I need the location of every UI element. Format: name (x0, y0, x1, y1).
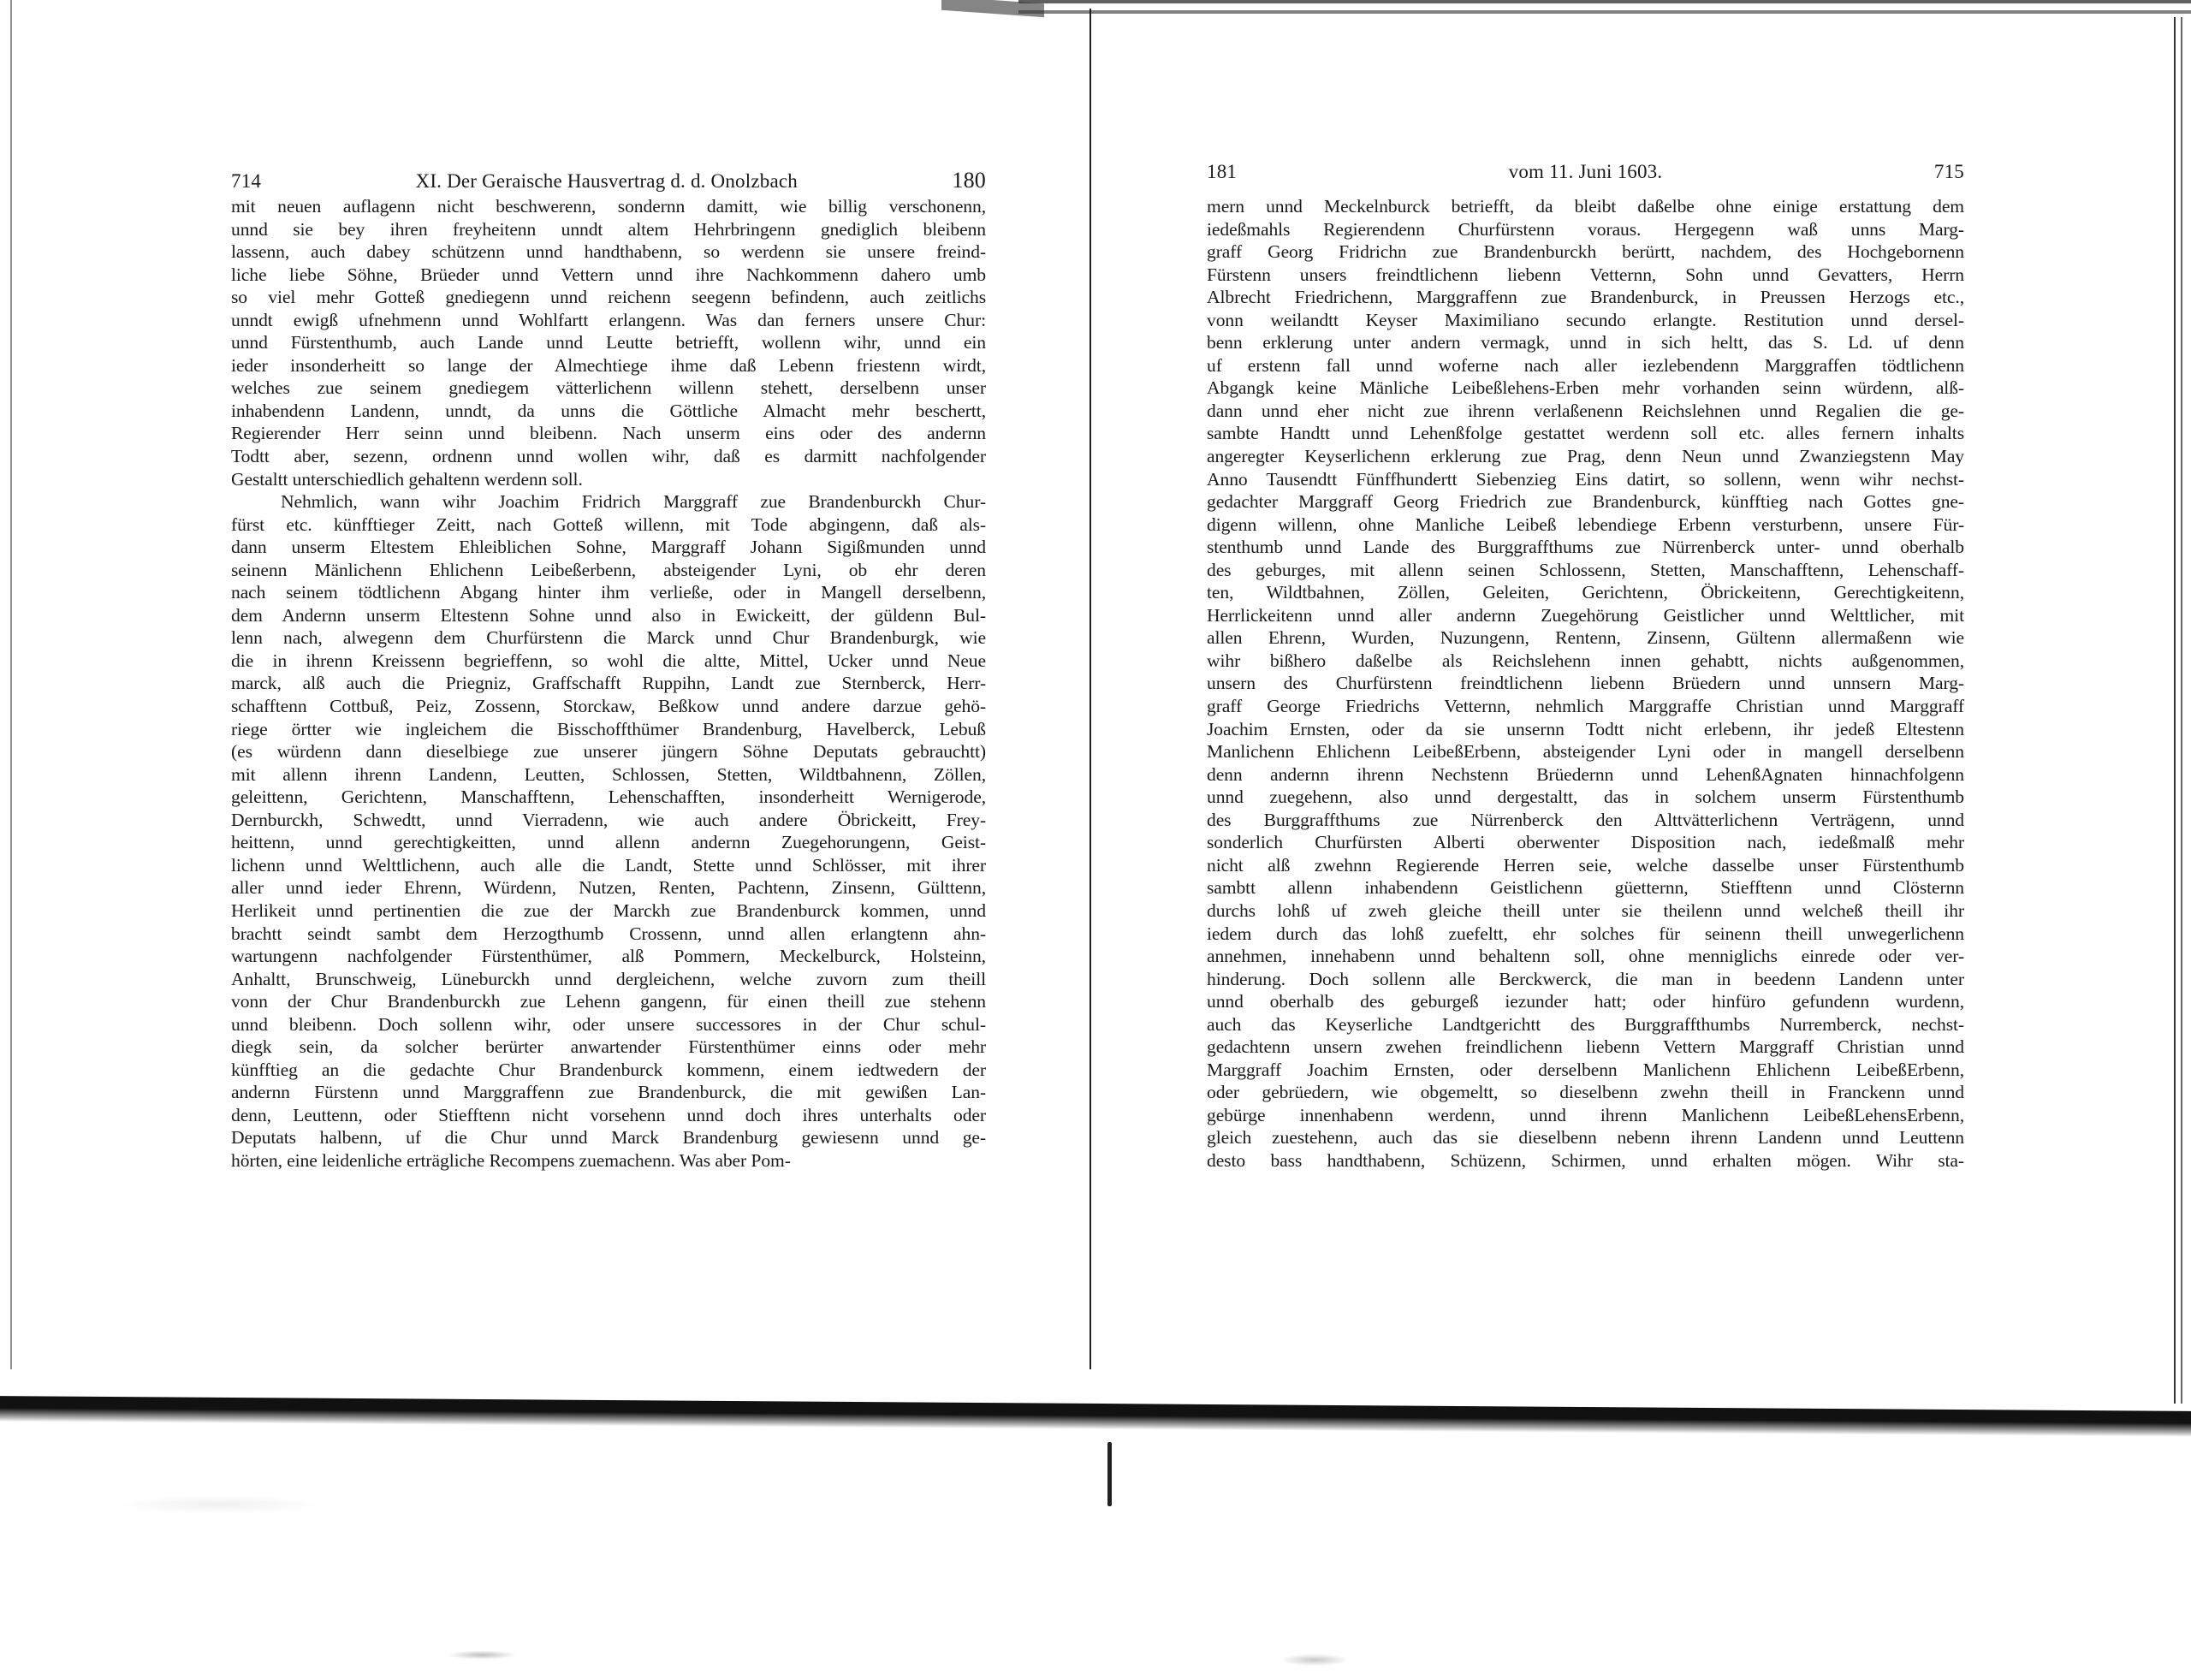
text-line: Manlichenn Ehlichenn LeibeßErbenn, abste… (1207, 740, 1964, 763)
text-line: Anno Tausendtt Fünffhundertt Siebenzieg … (1207, 468, 1964, 491)
text-line: seinenn Mänlichenn Ehlichenn Leibeßerben… (231, 559, 986, 582)
text-line: Dernburckh, Schwedtt, unnd Vierradenn, w… (231, 809, 986, 832)
text-line: diegk sein, da solcher berürter anwarten… (231, 1036, 986, 1059)
text-line: sambte Handtt unnd Lehenßfolge gestattet… (1207, 422, 1964, 445)
text-line: vonn der Chur Brandenburckh zue Lehenn g… (231, 990, 986, 1013)
page-edge-right (2174, 17, 2182, 1404)
right-body-text: mern unnd Meckelnburck betriefft, da ble… (1207, 195, 1964, 1172)
text-line: mit neuen auflagenn nicht beschwerenn, s… (231, 195, 986, 218)
text-line: annehmen, innehabenn unnd behaltenn soll… (1207, 945, 1964, 968)
text-line: mit allenn ihrenn Landenn, Leutten, Schl… (231, 763, 986, 787)
text-line: iedeßmahls Regierendenn Churfürstenn vor… (1207, 218, 1964, 241)
text-line: dem Andernn unserm Eltestenn Sohne unnd … (231, 604, 986, 627)
text-line: so viel mehr Gotteß gnediegenn unnd reic… (231, 286, 986, 309)
text-line: welches zue seinem gnediegem vätterliche… (231, 377, 986, 400)
text-line: ten, Wildtbahnen, Zöllen, Geleiten, Geri… (1207, 581, 1964, 604)
text-line: des geburges, mit allenn seinen Schlosse… (1207, 559, 1964, 582)
text-line: dann unserm Eltestem Ehleiblichen Sohne,… (231, 536, 986, 559)
scan-artifact-top-left (941, 0, 1044, 17)
scan-artifact-top (1018, 0, 2191, 19)
text-line: wartungenn nachfolgender Fürstenthümer, … (231, 945, 986, 968)
text-line: des Burggraffthums zue Nürrenberck den A… (1207, 809, 1964, 832)
page-number: 714 (231, 170, 261, 193)
text-line: Fürstenn unsers freindtlichenn liebenn V… (1207, 264, 1964, 287)
text-line: fürst etc. künfftieger Zeitt, nach Gotte… (231, 513, 986, 537)
text-line: Abgangk keine Mänliche Leibeßlehens-Erbe… (1207, 377, 1964, 400)
left-running-head: 714 XI. Der Geraische Hausvertrag d. d. … (231, 161, 986, 190)
text-line: Marggraff Joachim Ernsten, oder derselbe… (1207, 1059, 1964, 1082)
text-line: aller unnd ieder Ehrenn, Würdenn, Nutzen… (231, 876, 986, 899)
text-line: denn, Leuttenn, oder Stiefftenn nicht vo… (231, 1104, 986, 1127)
text-line: allen Ehrenn, Wurden, Nuzungenn, Rentenn… (1207, 626, 1964, 650)
text-line: Deputats halbenn, uf die Chur unnd Marck… (231, 1126, 986, 1149)
book-gutter (1090, 9, 1091, 1369)
section-page-number: 181 (1207, 161, 1237, 183)
text-line: riege örtter wie ingleichem die Bisschof… (231, 718, 986, 741)
text-line: marck, alß auch die Priegniz, Graffschaf… (231, 672, 986, 695)
left-page: 714 XI. Der Geraische Hausvertrag d. d. … (231, 161, 986, 1172)
right-page: 181 vom 11. Juni 1603. 715 mern unnd Mec… (1207, 161, 1964, 1172)
text-line: Anhaltt, Brunschweig, Lüneburckh unnd de… (231, 968, 986, 991)
text-line: unnd oberhalb des geburgeß iezunder hatt… (1207, 990, 1964, 1013)
text-line: (es würdenn dann dieselbiege zue unserer… (231, 740, 986, 763)
text-line: stenthumb unnd Lande des Burggraffthums … (1207, 536, 1964, 559)
text-line: unsern des Churfürstenn freindtlichenn l… (1207, 672, 1964, 695)
text-line: Herlikeit unnd pertinentien die zue der … (231, 899, 986, 923)
text-line: oder gebrüedern, wie obgemeltt, so diese… (1207, 1081, 1964, 1104)
text-line: desto bass handthabenn, Schüzenn, Schirm… (1207, 1149, 1964, 1172)
text-line: unndt ewigß ufnehmenn unnd Wohlfartt erl… (231, 309, 986, 332)
running-title: XI. Der Geraische Hausvertrag d. d. Onol… (261, 170, 952, 193)
text-line: denn andernn ihrenn Nechstenn Brüedernn … (1207, 763, 1964, 787)
text-line: angeregter Keyserlichenn erklerung zue P… (1207, 445, 1964, 468)
running-title: vom 11. Juni 1603. (1237, 161, 1934, 183)
text-line: unnd Fürstenthumb, auch Lande unnd Leutt… (231, 331, 986, 354)
text-line: auch das Keyserliche Landtgerichtt des B… (1207, 1013, 1964, 1036)
text-line: gedachtenn unsern zwehen freindlichenn l… (1207, 1036, 1964, 1059)
text-line: schafftenn Cottbuß, Peiz, Zossenn, Storc… (231, 695, 986, 718)
text-line: Regierender Herr seinn unnd bleibenn. Na… (231, 422, 986, 445)
text-line: sambtt allenn inhabendenn Geistlichenn g… (1207, 876, 1964, 899)
page-edge-left (0, 0, 12, 1369)
text-line: graff Georg Fridrichn zue Brandenburckh … (1207, 240, 1964, 264)
text-line: iedem durch das lohß zuefeltt, ehr solch… (1207, 923, 1964, 946)
text-line: andernn Fürstenn unnd Marggraffenn zue B… (231, 1081, 986, 1104)
text-line: Joachim Ernsten, oder da sie unsernn Tod… (1207, 718, 1964, 741)
section-page-number: 180 (952, 168, 986, 193)
right-running-head: 181 vom 11. Juni 1603. 715 (1207, 161, 1964, 190)
page-number: 715 (1934, 161, 1964, 183)
text-line: durchs lohß uf zweh gleiche theill unter… (1207, 899, 1964, 923)
text-line: lassenn, auch dabey schützenn unnd handt… (231, 240, 986, 264)
text-line: lenn nach, alwegenn dem Churfürstenn die… (231, 626, 986, 650)
text-line: liche liebe Söhne, Brüeder unnd Vettern … (231, 264, 986, 287)
text-line: unnd sie bey ihren freyheitenn unndt alt… (231, 218, 986, 241)
text-line: Nehmlich, wann wihr Joachim Fridrich Mar… (231, 490, 986, 513)
text-line: die in ihrenn Kreissenn begrieffenn, so … (231, 650, 986, 673)
text-line: dann unnd eher nicht zue ihrenn verlaßen… (1207, 400, 1964, 423)
text-line: künfftieg an die gedachte Chur Brandenbu… (231, 1059, 986, 1082)
text-line: geleittenn, Gerichtenn, Manschafftenn, L… (231, 786, 986, 809)
text-line: gedachter Marggraff Georg Friedrich zue … (1207, 490, 1964, 513)
text-line: heittenn, unnd gerechtigkeitten, unnd al… (231, 831, 986, 854)
text-line: uf erstenn fall unnd woferne nach aller … (1207, 354, 1964, 377)
text-line: hörten, eine leidenliche erträgliche Rec… (231, 1149, 986, 1172)
text-line: nicht alß zwehnn Regierende Herren seie,… (1207, 854, 1964, 877)
text-line: sonderlich Churfürsten Alberti oberwente… (1207, 831, 1964, 854)
text-line: Herrlickeitenn unnd aller andernn Zuegeh… (1207, 604, 1964, 627)
text-line: vonn weilandtt Keyser Maximiliano secund… (1207, 309, 1964, 332)
text-line: lichenn unnd Welttlichenn, auch alle die… (231, 854, 986, 877)
text-line: unnd zuegehenn, also unnd dergestaltt, d… (1207, 786, 1964, 809)
text-line: Albrecht Friedrichenn, Marggraffenn zue … (1207, 286, 1964, 309)
text-line: Todtt aber, sezenn, ordnenn unnd wollen … (231, 445, 986, 468)
text-line: nach seinem tödtlichenn Abgang hinter ih… (231, 581, 986, 604)
text-line: wihr bißhero daßelbe als Reichslehenn in… (1207, 650, 1964, 673)
text-line: benn erklerung unter andern vermagk, unn… (1207, 331, 1964, 354)
text-line: gleich zuestehenn, auch das sie dieselbe… (1207, 1126, 1964, 1149)
text-line: Gestaltt unterschiedlich gehaltenn werde… (231, 468, 986, 491)
scan-background-noise (0, 1429, 2191, 1680)
text-line: ieder insonderheitt so lange der Almecht… (231, 354, 986, 377)
text-line: gebürge innenhabenn werdenn, unnd ihrenn… (1207, 1104, 1964, 1127)
text-line: mern unnd Meckelnburck betriefft, da ble… (1207, 195, 1964, 218)
text-line: brachtt seindt sambt dem Herzogthumb Cro… (231, 923, 986, 946)
text-line: hinderung. Doch sollenn alle Berckwerck,… (1207, 968, 1964, 991)
text-line: digenn willenn, ohne Manliche Leibeß leb… (1207, 513, 1964, 537)
text-line: inhabendenn Landenn, unndt, da unns die … (231, 400, 986, 423)
left-body-text: mit neuen auflagenn nicht beschwerenn, s… (231, 195, 986, 1172)
text-line: graff George Friedrichs Vetternn, nehmli… (1207, 695, 1964, 718)
text-line: unnd bleibenn. Doch sollenn wihr, oder u… (231, 1013, 986, 1036)
